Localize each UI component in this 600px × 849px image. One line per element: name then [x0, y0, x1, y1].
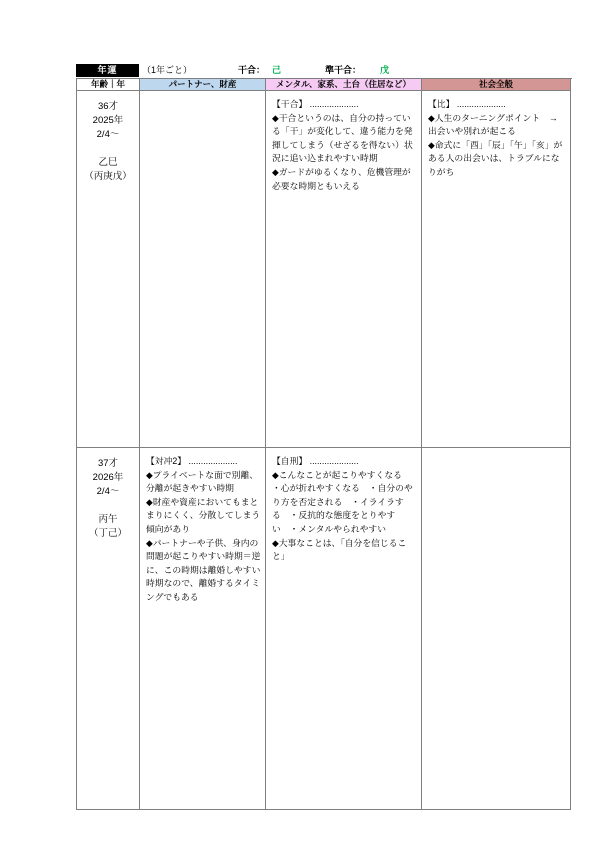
year-luck-table: 年齢｜年 パートナー、財産 メンタル、家系、土台（住居など） 社会全般 36才 … [76, 78, 572, 810]
mental-cell-36: 【干合】 .................... ◆干合というのは、自分の持っ… [266, 91, 422, 448]
jun-kango-value: 戊 [380, 64, 389, 77]
year-luck-badge: 年運 [76, 64, 139, 77]
partner-cell-36 [140, 91, 266, 448]
table-caption-bar: 年運 （1年ごと） 干合： 己 準干合： 戊 [76, 64, 571, 78]
document-page: 年運 （1年ごと） 干合： 己 準干合： 戊 年齢｜年 パートナー、財産 メンタ… [0, 0, 600, 849]
society-cell-37 [422, 448, 571, 810]
age-year-cell-36: 36才 2025年 2/4～ 乙巳 （丙庚戊） [77, 91, 140, 448]
jun-kango-label: 準干合： [325, 64, 361, 77]
partner-cell-37: 【対冲2】 .................... ◆プライベートな面で別離、… [140, 448, 266, 810]
society-cell-36: 【比】 .................... ◆人生のターニングポイント →… [422, 91, 571, 448]
age-year-cell-37: 37才 2026年 2/4～ 丙午 （丁己） [77, 448, 140, 810]
column-header-age-year: 年齢｜年 [77, 79, 140, 91]
kango-label: 干合： [238, 64, 265, 77]
column-header-partner-assets: パートナー、財産 [140, 79, 266, 91]
column-header-mental-family: メンタル、家系、土台（住居など） [266, 79, 422, 91]
column-header-society: 社会全般 [422, 79, 571, 91]
kango-value: 己 [272, 64, 281, 77]
mental-cell-37: 【自刑】 .................... ◆こんなことが起こりやすくな… [266, 448, 422, 810]
cycle-note: （1年ごと） [142, 64, 192, 77]
